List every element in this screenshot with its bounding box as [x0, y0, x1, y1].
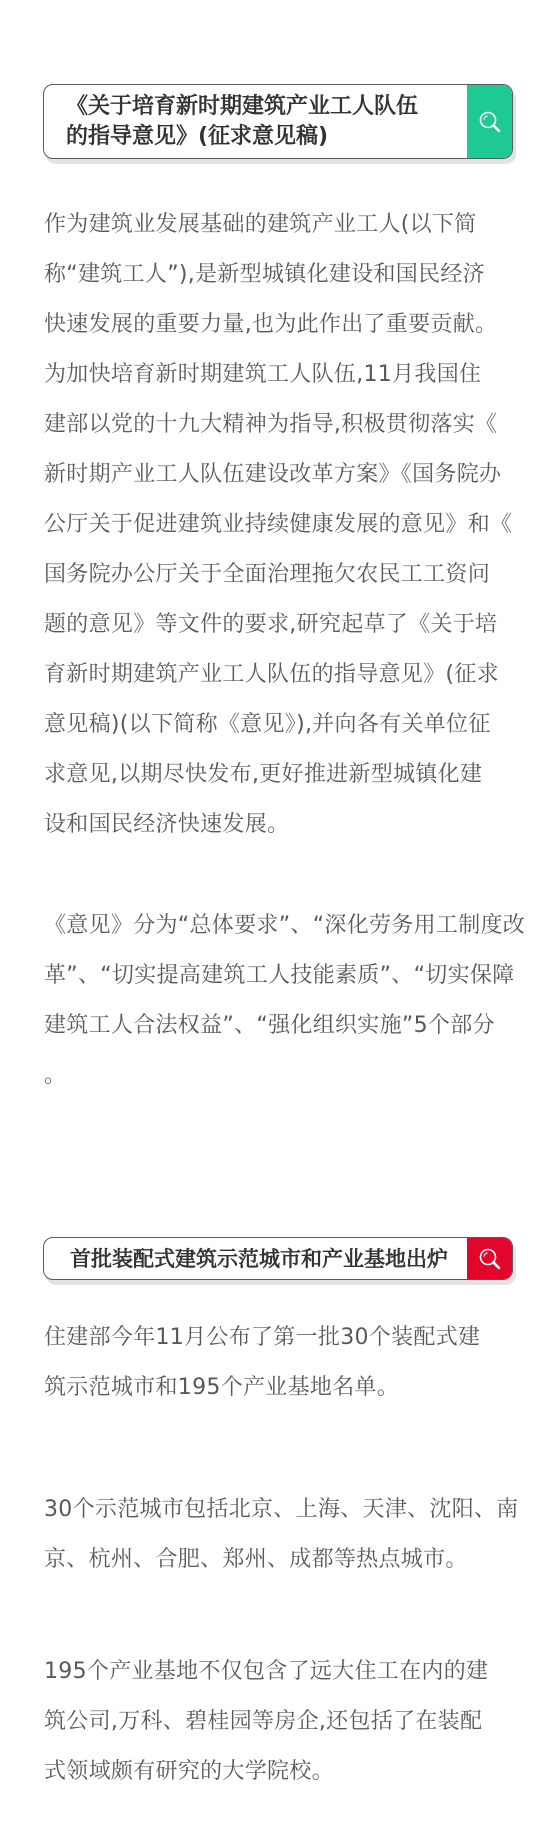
text-line: 革”、“切实提高建筑工人技能素质”、“切实保障: [44, 951, 510, 1001]
text-line: 筑示范城市和195个产业基地名单。: [44, 1363, 510, 1413]
text-line: 《意见》分为“总体要求”、“深化劳务用工制度改: [44, 901, 510, 951]
text-line: 育新时期建筑产业工人队伍的指导意见》(征求: [44, 650, 510, 700]
text-line: 。: [44, 1051, 510, 1101]
section-title-line: 《关于培育新时期建筑产业工人队伍: [66, 92, 461, 122]
text-line: 建筑工人合法权益”、“强化组织实施”5个部分: [44, 1001, 510, 1051]
text-line: 195个产业基地不仅包含了远大住工在内的建: [44, 1647, 510, 1697]
text-line: 京、杭州、合肥、郑州、成都等热点城市。: [44, 1535, 510, 1585]
text-line: 公厅关于促进建筑业持续健康发展的意见》和《: [44, 500, 510, 550]
search-icon: [477, 1246, 503, 1272]
section-title-line: 首批装配式建筑示范城市和产业基地出炉: [70, 1244, 461, 1274]
text-line: 30个示范城市包括北京、上海、天津、沈阳、南: [44, 1485, 510, 1535]
section-title: 首批装配式建筑示范城市和产业基地出炉: [44, 1238, 467, 1279]
section-header-construction-workers: 《关于培育新时期建筑产业工人队伍 的指导意见》(征求意见稿): [43, 84, 513, 159]
text-line: 新时期产业工人队伍建设改革方案》《国务院办: [44, 450, 510, 500]
paragraph-demo-cities: 30个示范城市包括北京、上海、天津、沈阳、南 京、杭州、合肥、郑州、成都等热点城…: [44, 1485, 510, 1585]
search-icon: [477, 109, 503, 135]
search-button[interactable]: [467, 85, 512, 158]
paragraph-industry-bases: 195个产业基地不仅包含了远大住工在内的建 筑公司,万科、碧桂园等房企,还包括了…: [44, 1647, 510, 1797]
text-line: 筑公司,万科、碧桂园等房企,还包括了在装配: [44, 1697, 510, 1747]
text-line: 求意见,以期尽快发布,更好推进新型城镇化建: [44, 750, 510, 800]
text-line: 称“建筑工人”),是新型城镇化建设和国民经济: [44, 250, 510, 300]
text-line: 快速发展的重要力量,也为此作出了重要贡献。: [44, 300, 510, 350]
section-title-line: 的指导意见》(征求意见稿): [66, 122, 461, 152]
text-line: 国务院办公厅关于全面治理拖欠农民工工资问: [44, 550, 510, 600]
section-header-prefab-demo-cities: 首批装配式建筑示范城市和产业基地出炉: [43, 1237, 513, 1280]
text-line: 建部以党的十九大精神为指导,积极贯彻落实《: [44, 400, 510, 450]
text-line: 设和国民经济快速发展。: [44, 800, 510, 850]
text-line: 题的意见》等文件的要求,研究起草了《关于培: [44, 600, 510, 650]
search-button[interactable]: [467, 1238, 512, 1279]
paragraph-opinion-parts: 《意见》分为“总体要求”、“深化劳务用工制度改 革”、“切实提高建筑工人技能素质…: [44, 901, 510, 1101]
text-line: 式领域颇有研究的大学院校。: [44, 1747, 510, 1797]
section-title: 《关于培育新时期建筑产业工人队伍 的指导意见》(征求意见稿): [44, 85, 467, 158]
paragraph-first-batch: 住建部今年11月公布了第一批30个装配式建 筑示范城市和195个产业基地名单。: [44, 1313, 510, 1413]
text-line: 作为建筑业发展基础的建筑产业工人(以下简: [44, 200, 510, 250]
text-line: 为加快培育新时期建筑工人队伍,11月我国住: [44, 350, 510, 400]
text-line: 住建部今年11月公布了第一批30个装配式建: [44, 1313, 510, 1363]
paragraph-guidance-intro: 作为建筑业发展基础的建筑产业工人(以下简 称“建筑工人”),是新型城镇化建设和国…: [44, 200, 510, 850]
text-line: 意见稿)(以下简称《意见》),并向各有关单位征: [44, 700, 510, 750]
